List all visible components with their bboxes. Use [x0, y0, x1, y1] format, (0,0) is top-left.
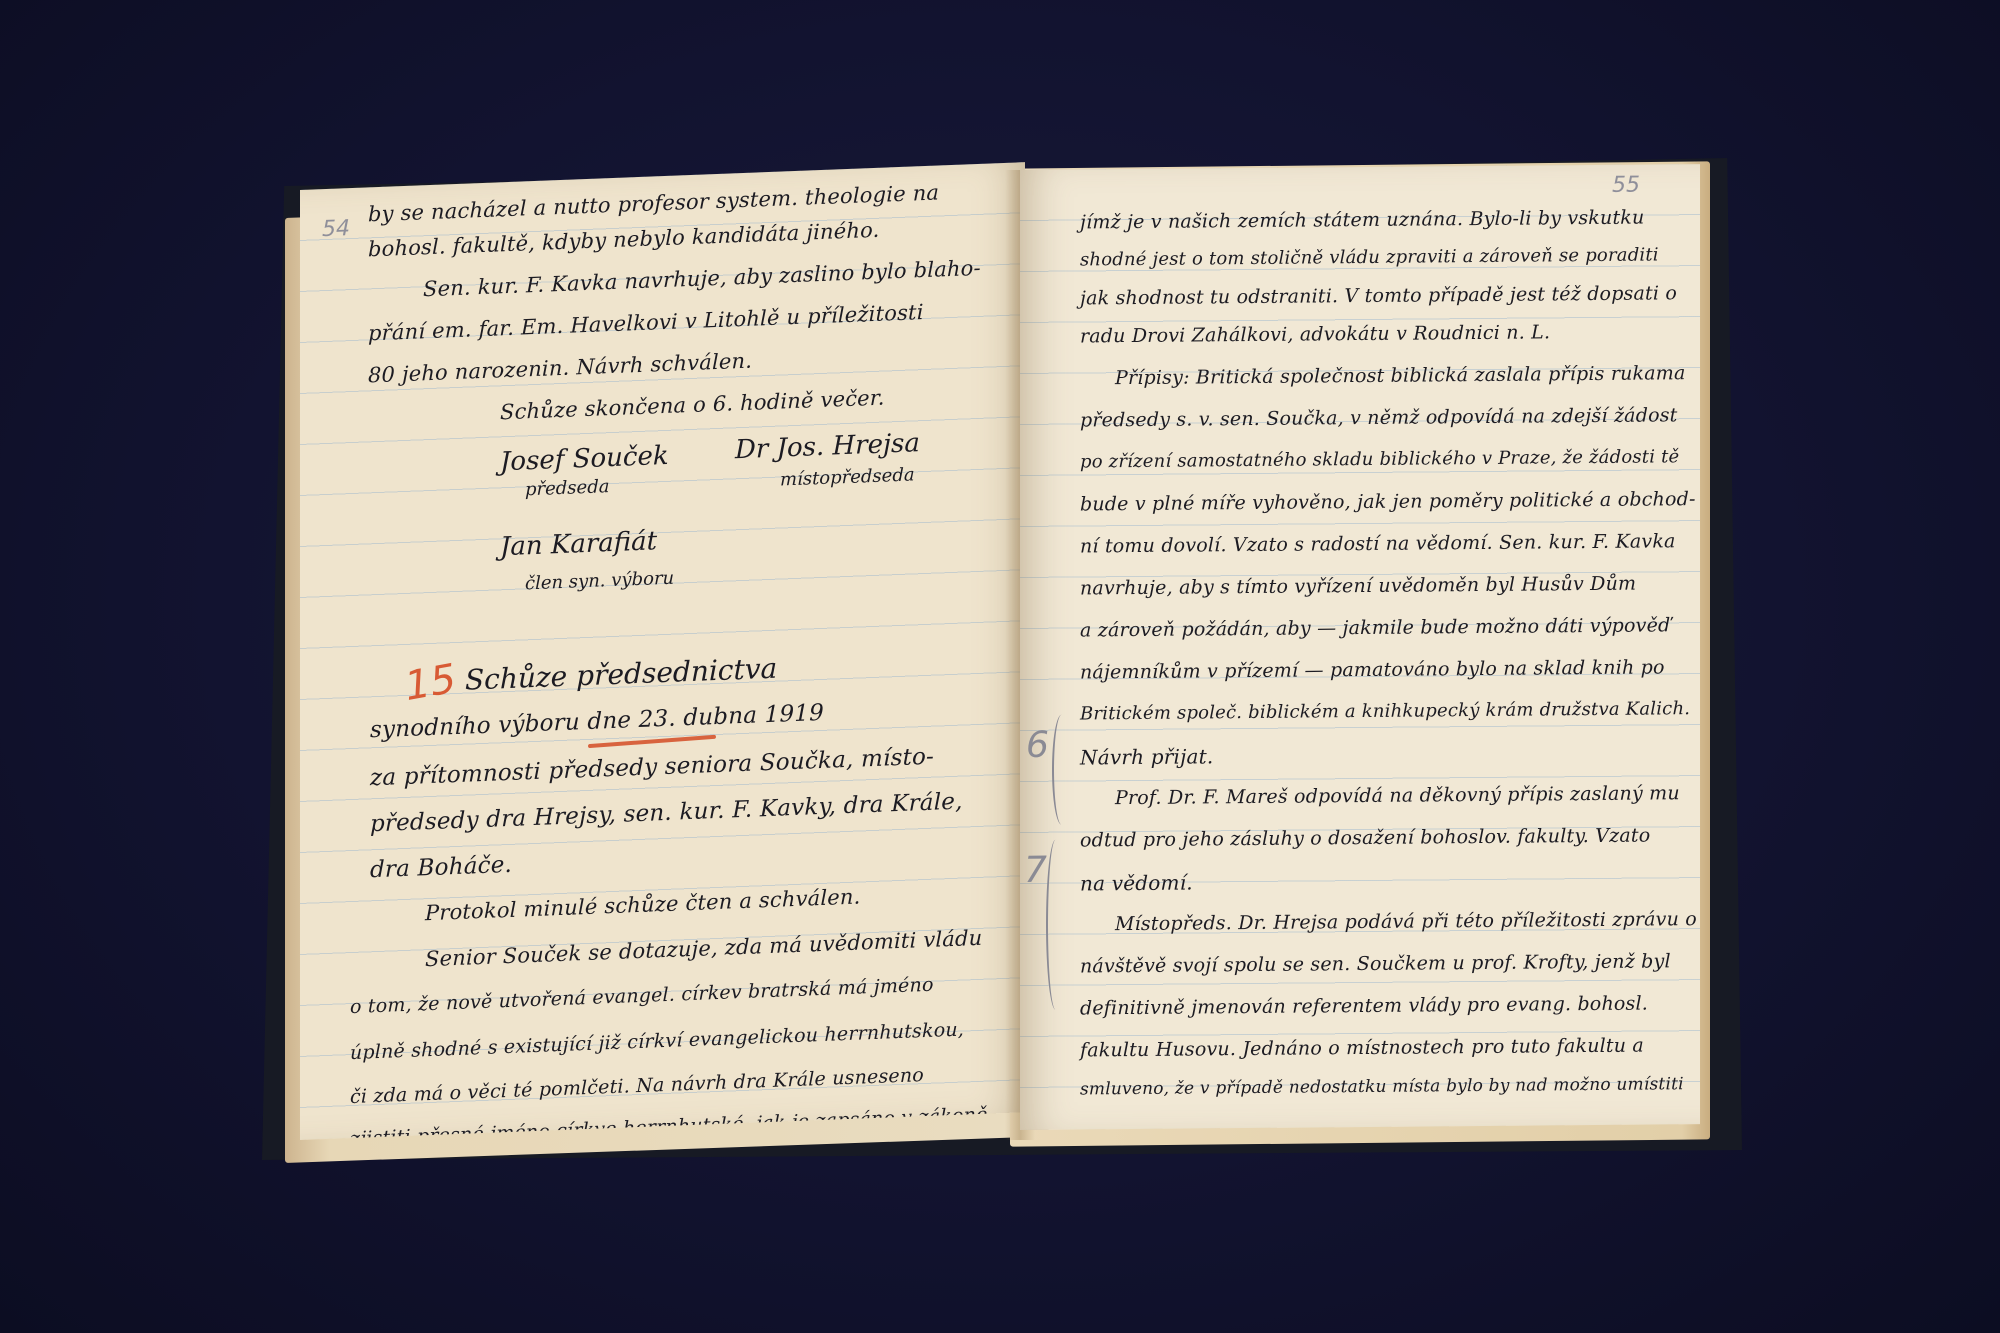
text-line: Schůze skončena o 6. hodině večer. [500, 386, 885, 425]
text-line: ní tomu dovolí. Vzato s radostí na vědom… [1080, 530, 1676, 557]
margin-number-7: 7 [1024, 850, 1047, 891]
signature-vice-chairman: Dr Jos. Hrejsa [735, 428, 920, 465]
text-line: Britickém společ. biblickém a knihkupeck… [1080, 698, 1690, 724]
text-line: přání em. far. Em. Havelkovi v Litohlě u… [368, 300, 924, 345]
text-line: předsedy dra Hrejsy, sen. kur. F. Kavky,… [370, 789, 963, 838]
text-line: bohosl. fakultě, kdyby nebylo kandidáta … [368, 218, 879, 262]
text-line: definitivně jmenován referentem vlády pr… [1080, 993, 1648, 1020]
text-line: jímž je v našich zemích státem uznána. B… [1080, 207, 1644, 234]
text-line: a zároveň požádán, aby — jakmile bude mo… [1080, 614, 1670, 641]
text-line: Návrh přijat. [1080, 744, 1213, 769]
date-red-underline [588, 735, 716, 748]
text-line: smluveno, že v případě nedostatku místa … [1080, 1074, 1684, 1099]
text-line: na vědomí. [1080, 870, 1193, 895]
text-line: shodné jest o tom stoličně vládu zpravit… [1080, 244, 1659, 270]
text-line: úplně shodné s existující již církví eva… [350, 1018, 964, 1064]
signature-chairman-role: předseda [525, 476, 609, 500]
meeting-date-line: synodního výboru dne 23. dubna 1919 [370, 700, 824, 743]
text-line: navrhuje, aby s tímto vyřízení uvědoměn … [1080, 573, 1636, 600]
left-page-carryover-text: by se nacházel a nutto profesor system. … [300, 162, 1025, 190]
left-page: 54 by se nacházel a nutto profesor syste… [300, 162, 1025, 1140]
signature-vice-chairman-role: místopředseda [780, 464, 915, 490]
text-line: či zda má o věci té pomlčeti. Na návrh d… [350, 1064, 924, 1108]
text-line: předsedy s. v. sen. Součka, v němž odpov… [1080, 404, 1678, 431]
text-line: o tom, že nově utvořená evangel. církev … [350, 974, 934, 1018]
text-line: Senior Souček se dotazuje, zda má uvědom… [370, 926, 982, 974]
text-line: Sen. kur. F. Kavka navrhuje, aby zaslino… [368, 256, 981, 304]
text-line: fakultu Husovu. Jednáno o místnostech pr… [1080, 1035, 1644, 1062]
text-line: Místopředs. Dr. Hrejsa podává při této p… [1060, 908, 1697, 936]
text-line: radu Drovi Zahálkovi, advokátu v Roudnic… [1080, 321, 1550, 347]
text-line: odtud pro jeho zásluhy o dosažení bohosl… [1080, 824, 1650, 851]
right-page: 55 6 7 jímž je v našich zemích státem uz… [1020, 164, 1700, 1130]
text-line: po zřízení samostatného skladu biblickéh… [1080, 446, 1679, 472]
page-number-right: 55 [1612, 173, 1640, 198]
text-line: Prof. Dr. F. Mareš odpovídá na děkovný p… [1060, 782, 1680, 809]
text-line: Protokol minulé schůze čten a schválen. [370, 884, 861, 927]
text-line: za přítomnosti předsedy seniora Součka, … [370, 744, 934, 792]
signature-chairman: Josef Souček [500, 441, 669, 477]
signature-member: Jan Karafiát [500, 526, 657, 562]
signature-member-role: člen syn. výboru [525, 568, 674, 595]
text-line: 80 jeho narozenin. Návrh schválen. [368, 349, 752, 388]
page-number-left: 54 [322, 216, 350, 242]
section-number-red: 15 [402, 656, 459, 710]
text-line: bude v plné míře vyhověno, jak jen poměr… [1080, 488, 1696, 515]
text-line: jak shodnost tu odstraniti. V tomto příp… [1080, 282, 1677, 309]
text-line: dra Boháče. [370, 852, 512, 883]
text-line: Přípisy: Britická společnost biblická za… [1060, 362, 1686, 389]
text-line: nájemníkům v přízemí — pamatováno bylo n… [1080, 656, 1665, 683]
text-line: návštěvě svojí spolu se sen. Součkem u p… [1080, 950, 1671, 977]
margin-number-6: 6 [1026, 725, 1049, 766]
section-heading: Schůze předsednictva [465, 652, 777, 697]
